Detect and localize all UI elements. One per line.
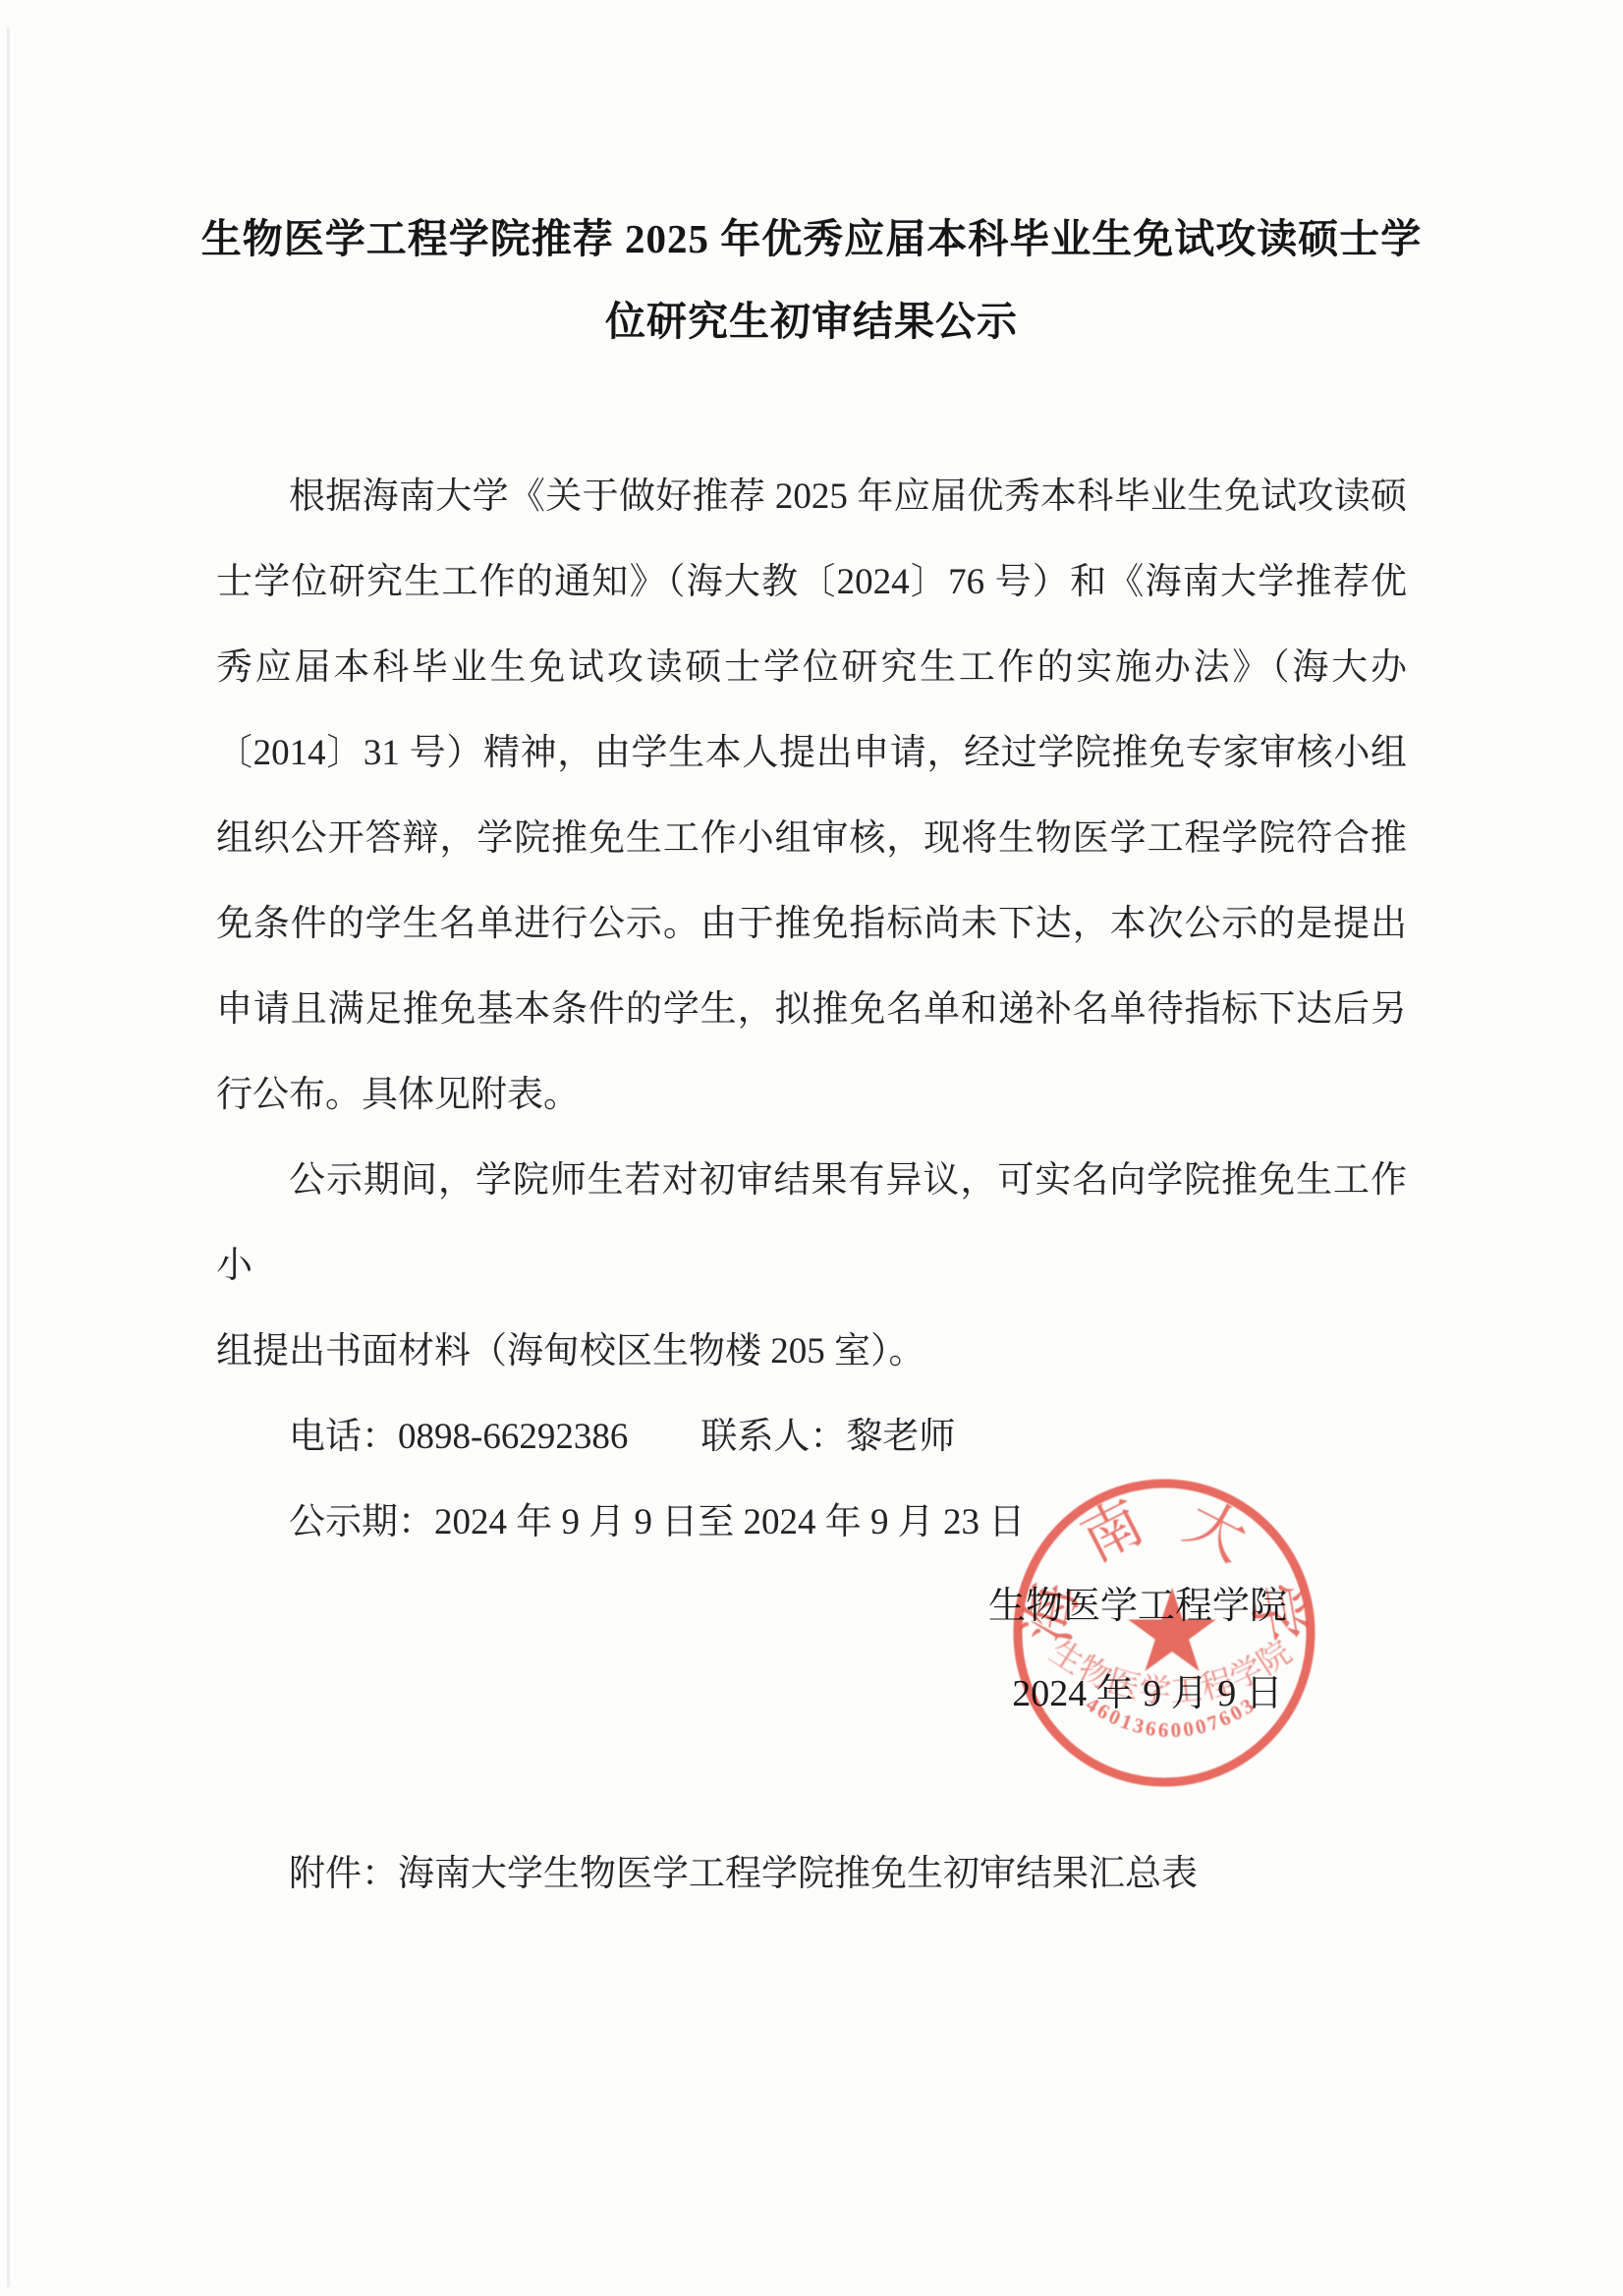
attachment-line: 附件：海南大学生物医学工程学院推免生初审结果汇总表 bbox=[216, 1831, 1407, 1917]
body-line: 〔2014〕31 号）精神，由学生本人提出申请，经过学院推免专家审核小组 bbox=[216, 710, 1407, 796]
document-title: 生物医学工程学院推荐 2025 年优秀应届本科毕业生免试攻读硕士学位研究生初审结… bbox=[0, 197, 1623, 363]
official-seal: 海 南 大 学 生物医学工程学院 46013660007603 bbox=[1002, 1471, 1336, 1805]
body-line: 根据海南大学《关于做好推荐 2025 年应届优秀本科毕业生免试攻读硕 bbox=[216, 454, 1407, 539]
title-line: 生物医学工程学院推荐 2025 年优秀应届本科毕业生免试攻读硕士学 bbox=[0, 197, 1623, 280]
stamp-university-char: 海 bbox=[1015, 1579, 1089, 1649]
body-line: 电话：0898-66292386 联系人：黎老师 bbox=[216, 1394, 1407, 1480]
body-line: 组织公开答辩，学院推免生工作小组审核，现将生物医学工程学院符合推 bbox=[216, 796, 1407, 881]
stamp-university-char: 南 bbox=[1072, 1489, 1153, 1574]
body-line: 免条件的学生名单进行公示。由于推免指标尚未下达，本次公示的是提出 bbox=[216, 881, 1407, 967]
document-page: 生物医学工程学院推荐 2025 年优秀应届本科毕业生免试攻读硕士学位研究生初审结… bbox=[0, 0, 1623, 2296]
star-icon bbox=[1128, 1588, 1215, 1671]
scan-edge-artifact bbox=[7, 28, 10, 2287]
title-line: 位研究生初审结果公示 bbox=[0, 280, 1623, 363]
body-line: 申请且满足推免基本条件的学生，拟推免名单和递补名单待指标下达后另 bbox=[216, 967, 1407, 1052]
body-line: 士学位研究生工作的通知》（海大教〔2024〕76 号）和《海南大学推荐优 bbox=[216, 539, 1407, 625]
stamp-university-char: 大 bbox=[1175, 1489, 1257, 1574]
body-line: 秀应届本科毕业生免试攻读硕士学位研究生工作的实施办法》（海大办 bbox=[216, 625, 1407, 710]
body-line: 组提出书面材料（海甸校区生物楼 205 室）。 bbox=[216, 1309, 1407, 1394]
body-line: 公示期间，学院师生若对初审结果有异议，可实名向学院推免生工作小 bbox=[216, 1138, 1407, 1309]
body-lines: 根据海南大学《关于做好推荐 2025 年应届优秀本科毕业生免试攻读硕士学位研究生… bbox=[216, 454, 1407, 1565]
body-line: 行公布。具体见附表。 bbox=[216, 1052, 1407, 1138]
